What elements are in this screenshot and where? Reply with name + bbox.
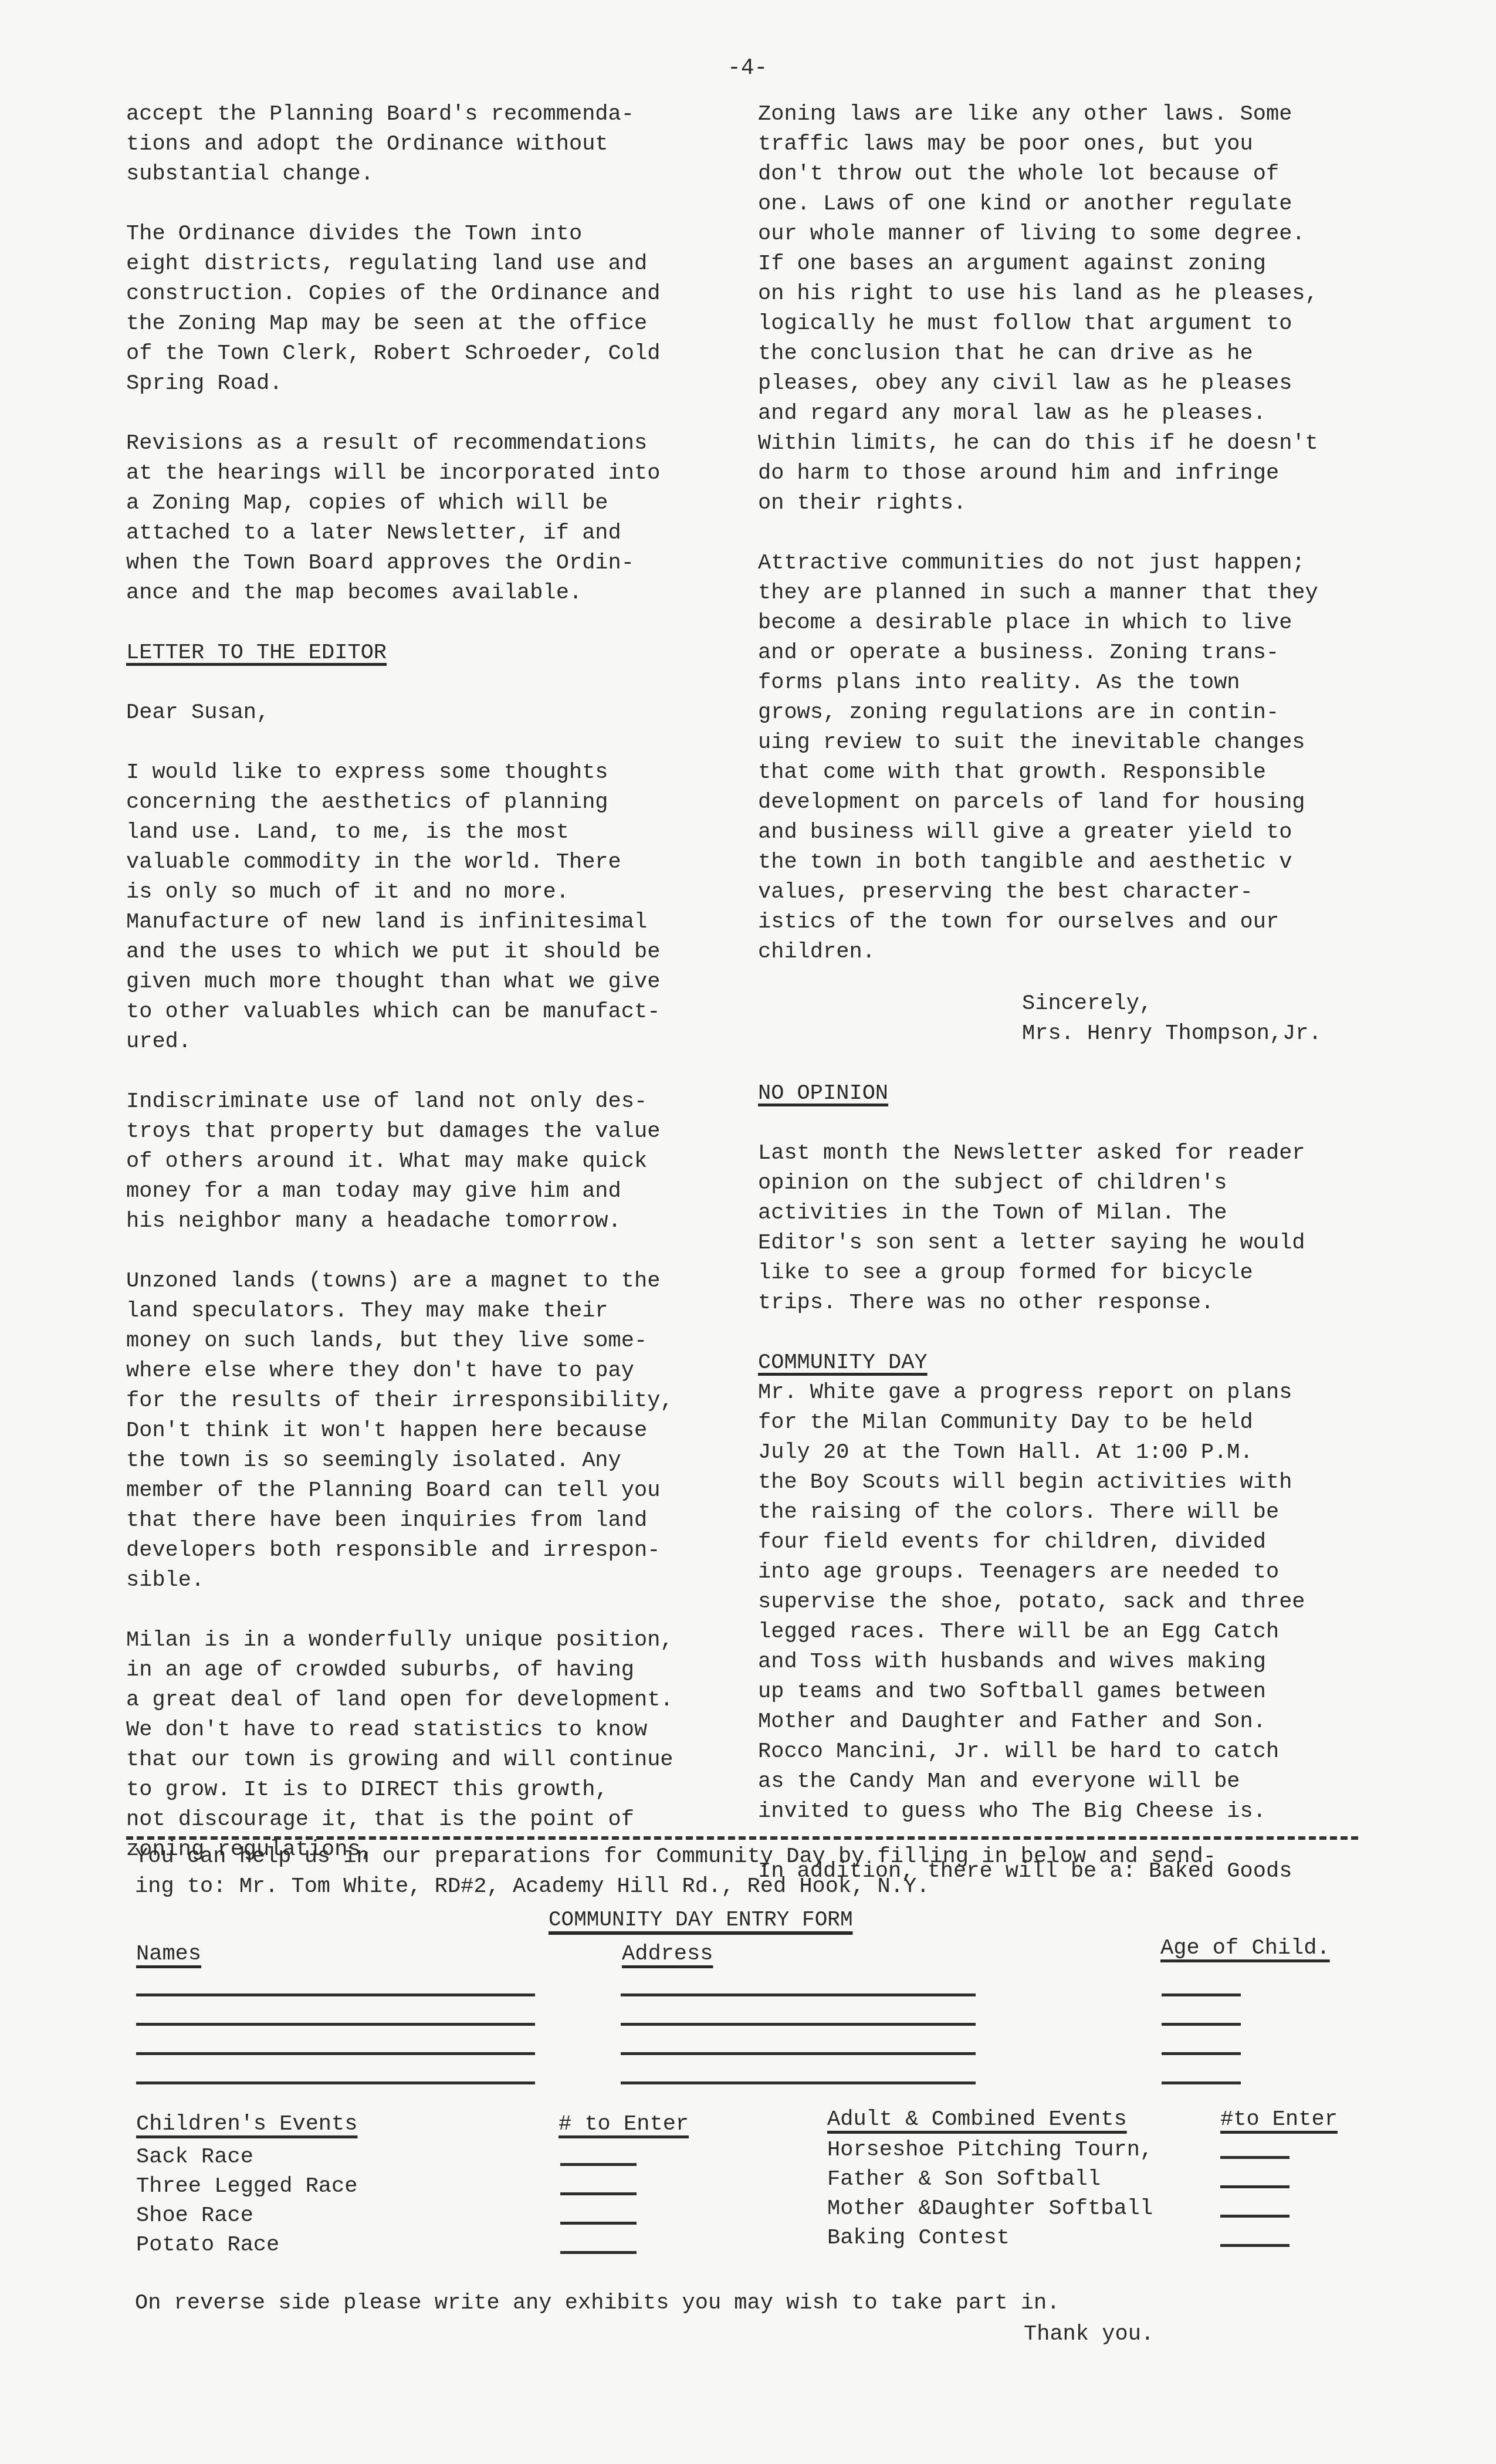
form-thanks: Thank you. [1024,2322,1154,2347]
adult-event-label: Mother &Daughter Softball [827,2194,1153,2223]
community-day-text: Mr. White gave a progress report on plan… [758,1378,1380,1827]
age-entry-line[interactable] [1162,2023,1241,2026]
letter-paragraph: Zoning laws are like any other laws. Som… [758,100,1380,519]
letter-signoff: Sincerely, Mrs. Henry Thompson,Jr. [758,989,1380,1049]
entry-form-intro: You can help us in our preparations for … [135,1842,1367,1902]
adult-event-entry-line[interactable] [1220,2244,1289,2247]
letter-paragraph: Indiscriminate use of land not only des-… [126,1087,748,1237]
section-heading-no-opinion: NO OPINION [758,1079,1380,1109]
letter-salutation: Dear Susan, [126,698,748,728]
adult-event-label: Father & Son Softball [827,2165,1101,2194]
cut-here-dashed-line [126,1836,1358,1840]
adult-event-entry-line[interactable] [1220,2156,1289,2159]
adult-event-label: Horseshoe Pitching Tourn, [827,2135,1153,2165]
childrens-event-label: Three Legged Race [136,2172,357,2201]
age-entry-line[interactable] [1162,2081,1241,2084]
newsletter-page: -4- accept the Planning Board's recommen… [0,0,1496,2464]
childrens-event-label: Sack Race [136,2143,253,2172]
left-column: accept the Planning Board's recommenda- … [126,100,748,1865]
childrens-event-entry-line[interactable] [560,2163,637,2166]
childrens-event-label: Potato Race [136,2231,279,2260]
name-entry-line[interactable] [136,2023,535,2026]
address-column-header: Address [622,1942,713,1967]
name-entry-line[interactable] [136,2081,535,2084]
adult-event-entry-line[interactable] [1220,2185,1289,2188]
adult-event-entry-line[interactable] [1220,2215,1289,2218]
childrens-event-entry-line[interactable] [560,2251,637,2254]
form-footer-note: On reverse side please write any exhibit… [135,2291,1060,2316]
address-entry-line[interactable] [621,1993,976,1996]
address-entry-line[interactable] [621,2081,976,2084]
letter-paragraph: Milan is in a wonderfully unique positio… [126,1626,748,1865]
paragraph-planning-board: accept the Planning Board's recommenda- … [126,100,748,189]
names-column-header: Names [136,1942,201,1967]
age-column-header: Age of Child. [1160,1936,1330,1961]
letter-paragraph: I would like to express some thoughts co… [126,758,748,1057]
age-entry-line[interactable] [1162,1993,1241,1996]
section-heading-community-day: COMMUNITY DAY [758,1348,1380,1378]
childrens-event-entry-line[interactable] [560,2192,637,2195]
adult-events-header: Adult & Combined Events [827,2107,1127,2132]
childrens-event-label: Shoe Race [136,2201,253,2231]
letter-paragraph: Attractive communities do not just happe… [758,549,1380,967]
adult-enter-header: #to Enter [1220,2107,1338,2132]
childrens-enter-header: # to Enter [559,2112,689,2137]
page-number: -4- [727,56,767,81]
address-entry-line[interactable] [621,2052,976,2055]
name-entry-line[interactable] [136,1993,535,1996]
paragraph-revisions: Revisions as a result of recommendations… [126,429,748,608]
childrens-events-header: Children's Events [136,2112,357,2137]
paragraph-ordinance-districts: The Ordinance divides the Town into eigh… [126,219,748,399]
letter-paragraph: Unzoned lands (towns) are a magnet to th… [126,1267,748,1596]
age-entry-line[interactable] [1162,2052,1241,2055]
address-entry-line[interactable] [621,2023,976,2026]
name-entry-line[interactable] [136,2052,535,2055]
right-column: Zoning laws are like any other laws. Som… [758,100,1380,1887]
section-heading-letter-to-editor: LETTER TO THE EDITOR [126,638,748,668]
entry-form-title: COMMUNITY DAY ENTRY FORM [549,1908,852,1932]
no-opinion-text: Last month the Newsletter asked for read… [758,1139,1380,1318]
childrens-event-entry-line[interactable] [560,2222,637,2225]
adult-event-label: Baking Contest [827,2223,1010,2253]
